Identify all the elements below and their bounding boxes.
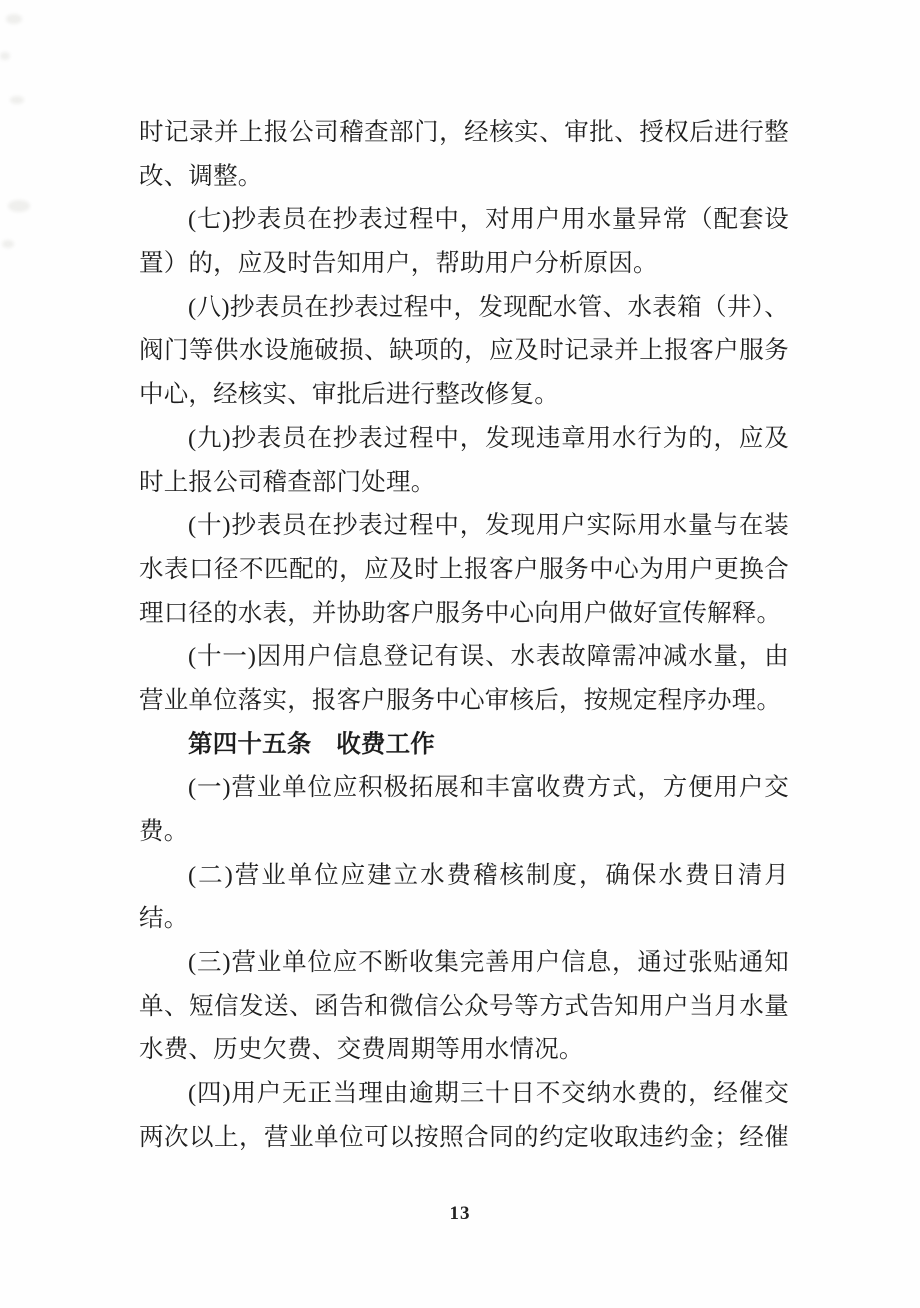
scan-artifact: [8, 200, 30, 212]
text-line: 水表口径不匹配的，应及时上报客户服务中心为用户更换合: [139, 548, 789, 592]
text-line: (八)抄表员在抄表过程中，发现配水管、水表箱（井）、: [139, 286, 789, 330]
text-line: 阀门等供水设施破损、缺项的，应及时记录并上报客户服务: [139, 329, 789, 373]
text-line: 改、调整。: [139, 155, 789, 199]
text-line: (二)营业单位应建立水费稽核制度，确保水费日清月: [139, 854, 789, 898]
text-line: 时记录并上报公司稽查部门，经核实、审批、授权后进行整: [139, 111, 789, 155]
scan-artifact: [2, 240, 14, 248]
text-line: 中心，经核实、审批后进行整改修复。: [139, 373, 789, 417]
text-line: (十一)因用户信息登记有误、水表故障需冲减水量，由: [139, 635, 789, 679]
text-line: 费。: [139, 810, 789, 854]
scan-artifact: [10, 96, 24, 104]
text-line: 结。: [139, 897, 789, 941]
document-body: 时记录并上报公司稽查部门，经核实、审批、授权后进行整改、调整。(七)抄表员在抄表…: [139, 111, 789, 1160]
text-line: 水费、历史欠费、交费周期等用水情况。: [139, 1028, 789, 1072]
text-line: 置）的，应及时告知用户，帮助用户分析原因。: [139, 242, 789, 286]
paragraph: (十一)因用户信息登记有误、水表故障需冲减水量，由营业单位落实，报客户服务中心审…: [139, 635, 789, 722]
text-line: 两次以上，营业单位可以按照合同的约定收取违约金；经催: [139, 1116, 789, 1160]
paragraph: (二)营业单位应建立水费稽核制度，确保水费日清月结。: [139, 854, 789, 941]
paragraph: (八)抄表员在抄表过程中，发现配水管、水表箱（井）、阀门等供水设施破损、缺项的，…: [139, 286, 789, 417]
text-line: (一)营业单位应积极拓展和丰富收费方式，方便用户交: [139, 766, 789, 810]
text-line: 理口径的水表，并协助客户服务中心向用户做好宣传解释。: [139, 592, 789, 636]
paragraph: (三)营业单位应不断收集完善用户信息，通过张贴通知单、短信发送、函告和微信公众号…: [139, 941, 789, 1072]
text-line: (三)营业单位应不断收集完善用户信息，通过张贴通知: [139, 941, 789, 985]
text-line: (四)用户无正当理由逾期三十日不交纳水费的，经催交: [139, 1072, 789, 1116]
paragraph: (七)抄表员在抄表过程中，对用户用水量异常（配套设置）的，应及时告知用户，帮助用…: [139, 198, 789, 285]
scan-artifact: [6, 14, 22, 24]
section-heading: 第四十五条 收费工作: [139, 723, 789, 767]
text-line: (七)抄表员在抄表过程中，对用户用水量异常（配套设: [139, 198, 789, 242]
text-line: (十)抄表员在抄表过程中，发现用户实际用水量与在装: [139, 504, 789, 548]
paragraph: (十)抄表员在抄表过程中，发现用户实际用水量与在装水表口径不匹配的，应及时上报客…: [139, 504, 789, 635]
text-line: 时上报公司稽查部门处理。: [139, 461, 789, 505]
text-line: 营业单位落实，报客户服务中心审核后，按规定程序办理。: [139, 679, 789, 723]
scan-artifact: [0, 52, 10, 60]
paragraph: (四)用户无正当理由逾期三十日不交纳水费的，经催交两次以上，营业单位可以按照合同…: [139, 1072, 789, 1159]
paragraph: (九)抄表员在抄表过程中，发现违章用水行为的，应及时上报公司稽查部门处理。: [139, 417, 789, 504]
paragraph: (一)营业单位应积极拓展和丰富收费方式，方便用户交费。: [139, 766, 789, 853]
paragraph: 时记录并上报公司稽查部门，经核实、审批、授权后进行整改、调整。: [139, 111, 789, 198]
text-line: (九)抄表员在抄表过程中，发现违章用水行为的，应及: [139, 417, 789, 461]
text-line: 单、短信发送、函告和微信公众号等方式告知用户当月水量: [139, 985, 789, 1029]
heading-line: 第四十五条 收费工作: [139, 723, 789, 767]
page-number: 13: [0, 1203, 920, 1225]
document-page: 时记录并上报公司稽查部门，经核实、审批、授权后进行整改、调整。(七)抄表员在抄表…: [0, 0, 920, 1308]
